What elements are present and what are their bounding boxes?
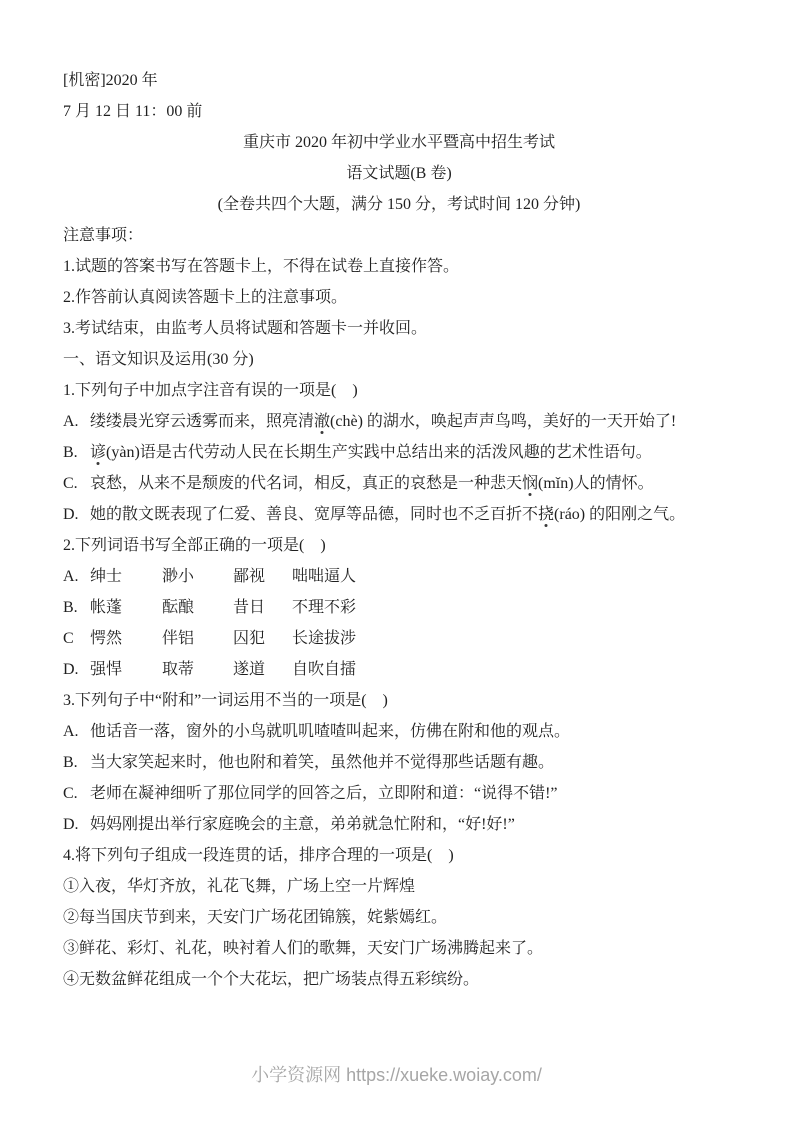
word-item: 愕然: [90, 629, 162, 649]
word-item: 强悍: [90, 660, 162, 680]
option-text-post: (yàn)语是古代劳动人民在长期生产实践中总结出来的活泼风趣的艺术性语句。: [106, 444, 652, 461]
q4-sentence-4: ④无数盆鲜花组成一个个大花坛，把广场装点得五彩缤纷。: [63, 970, 735, 990]
section-heading: 一、语文知识及运用(30 分): [63, 350, 735, 370]
q1-option-b: B. 谚(yàn)语是古代劳动人民在长期生产实践中总结出来的活泼风趣的艺术性语句…: [63, 443, 735, 463]
dotted-character: 挠: [538, 506, 554, 523]
option-text: 哀愁，从来不是颓废的代名词，相反，真正的哀愁是一种悲天悯(mǐn)人的情怀。: [90, 474, 735, 494]
option-label: B.: [63, 443, 90, 463]
option-text: 他话音一落，窗外的小鸟就叽叽喳喳叫起来，仿佛在附和他的观点。: [90, 722, 735, 742]
q2-stem: 2.下列词语书写全部正确的一项是( ): [63, 536, 735, 556]
q3-option-d: D. 妈妈刚提出举行家庭晚会的主意，弟弟就急忙附和，“好!好!”: [63, 815, 735, 835]
q4-sentence-2: ②每当国庆节到来，天安门广场花团锦簇，姹紫嫣红。: [63, 908, 735, 928]
deadline-line: 7 月 12 日 11：00 前: [63, 102, 735, 122]
dotted-character: 悯: [522, 475, 538, 492]
option-text-post: (ráo) 的阳刚之气。: [554, 506, 685, 523]
option-text-pre: 她的散文既表现了仁爱、善良、宽厚等品德，同时也不乏百折不: [90, 506, 538, 523]
option-label: B.: [63, 753, 90, 773]
q1-option-d: D. 她的散文既表现了仁爱、善良、宽厚等品德，同时也不乏百折不挠(ráo) 的阳…: [63, 505, 735, 525]
word-item: 取蒂: [162, 660, 233, 680]
classification-line: [机密]2020 年: [63, 71, 735, 91]
option-text-post: (chè) 的湖水，唤起声声鸟鸣，美好的一天开始了!: [330, 413, 676, 430]
word-item: 昔日: [233, 598, 292, 618]
option-label: B.: [63, 598, 90, 618]
dotted-character: 谚: [90, 444, 106, 461]
option-label: C.: [63, 474, 90, 494]
word-item: 渺小: [162, 567, 233, 587]
option-text-post: (mǐn)人的情怀。: [538, 475, 654, 492]
word-item: 囚犯: [233, 629, 292, 649]
word-item: 自吹自擂: [292, 660, 356, 680]
q1-option-c: C. 哀愁，从来不是颓废的代名词，相反，真正的哀愁是一种悲天悯(mǐn)人的情怀…: [63, 474, 735, 494]
option-label: D.: [63, 505, 90, 525]
q2-row-d: D. 强悍 取蒂 遂道 自吹自擂: [63, 660, 735, 680]
option-text: 缕缕晨光穿云透雾而来，照亮清澈(chè) 的湖水，唤起声声鸟鸣，美好的一天开始了…: [90, 412, 735, 432]
option-text-pre: 哀愁，从来不是颓废的代名词，相反，真正的哀愁是一种悲天: [90, 475, 522, 492]
word-item: 酝酿: [162, 598, 233, 618]
q2-row-c: C 愕然 伴铝 囚犯 长途拔涉: [63, 629, 735, 649]
word-item: 长途拔涉: [292, 629, 356, 649]
option-label: C: [63, 629, 90, 649]
exam-paper-page: [机密]2020 年 7 月 12 日 11：00 前 重庆市 2020 年初中…: [0, 0, 793, 1122]
site-url: https://xueke.woiay.com/: [346, 1065, 542, 1085]
q3-stem: 3.下列句子中“附和”一词运用不当的一项是( ): [63, 691, 735, 711]
word-item: 咄咄逼人: [292, 567, 356, 587]
footer-watermark: 小学资源网 https://xueke.woiay.com/: [0, 1063, 793, 1087]
word-item: 绅士: [90, 567, 162, 587]
option-text: 谚(yàn)语是古代劳动人民在长期生产实践中总结出来的活泼风趣的艺术性语句。: [90, 443, 735, 463]
q3-option-a: A. 他话音一落，窗外的小鸟就叽叽喳喳叫起来，仿佛在附和他的观点。: [63, 722, 735, 742]
q4-sentence-3: ③鲜花、彩灯、礼花，映衬着人们的歌舞，天安门广场沸腾起来了。: [63, 939, 735, 959]
exam-info-line: (全卷共四个大题，满分 150 分，考试时间 120 分钟): [63, 195, 735, 215]
option-text: 她的散文既表现了仁爱、善良、宽厚等品德，同时也不乏百折不挠(ráo) 的阳刚之气…: [90, 505, 735, 525]
word-item: 伴铝: [162, 629, 233, 649]
notice-item-1: 1.试题的答案书写在答题卡上，不得在试卷上直接作答。: [63, 257, 735, 277]
q3-option-c: C. 老师在凝神细听了那位同学的回答之后，立即附和道：“说得不错!”: [63, 784, 735, 804]
option-text-pre: 缕缕晨光穿云透雾而来，照亮清: [90, 413, 314, 430]
word-item: 遂道: [233, 660, 292, 680]
option-label: A.: [63, 412, 90, 432]
word-item: 帐蓬: [90, 598, 162, 618]
option-text: 老师在凝神细听了那位同学的回答之后，立即附和道：“说得不错!”: [90, 784, 735, 804]
option-label: A.: [63, 722, 90, 742]
dotted-character: 澈: [314, 413, 330, 430]
exam-content: [机密]2020 年 7 月 12 日 11：00 前 重庆市 2020 年初中…: [0, 0, 793, 990]
word-item: 鄙视: [233, 567, 292, 587]
option-text: 当大家笑起来时，他也附和着笑，虽然他并不觉得那些话题有趣。: [90, 753, 735, 773]
q4-sentence-1: ①入夜，华灯齐放，礼花飞舞，广场上空一片辉煌: [63, 877, 735, 897]
q2-row-a: A. 绅士 渺小 鄙视 咄咄逼人: [63, 567, 735, 587]
q3-option-b: B. 当大家笑起来时，他也附和着笑，虽然他并不觉得那些话题有趣。: [63, 753, 735, 773]
option-label: A.: [63, 567, 90, 587]
q1-stem: 1.下列句子中加点字注音有误的一项是( ): [63, 381, 735, 401]
notice-item-2: 2.作答前认真阅读答题卡上的注意事项。: [63, 288, 735, 308]
option-label: C.: [63, 784, 90, 804]
word-item: 不理不彩: [292, 598, 356, 618]
exam-subtitle: 语文试题(B 卷): [63, 164, 735, 184]
q1-option-a: A. 缕缕晨光穿云透雾而来，照亮清澈(chè) 的湖水，唤起声声鸟鸣，美好的一天…: [63, 412, 735, 432]
option-label: D.: [63, 660, 90, 680]
option-text: 妈妈刚提出举行家庭晚会的主意，弟弟就急忙附和，“好!好!”: [90, 815, 735, 835]
exam-title: 重庆市 2020 年初中学业水平暨高中招生考试: [63, 133, 735, 153]
q4-stem: 4.将下列句子组成一段连贯的话，排序合理的一项是( ): [63, 846, 735, 866]
option-label: D.: [63, 815, 90, 835]
notice-heading: 注意事项：: [63, 226, 735, 246]
site-name: 小学资源网: [251, 1065, 341, 1085]
q2-row-b: B. 帐蓬 酝酿 昔日 不理不彩: [63, 598, 735, 618]
notice-item-3: 3.考试结束，由监考人员将试题和答题卡一并收回。: [63, 319, 735, 339]
